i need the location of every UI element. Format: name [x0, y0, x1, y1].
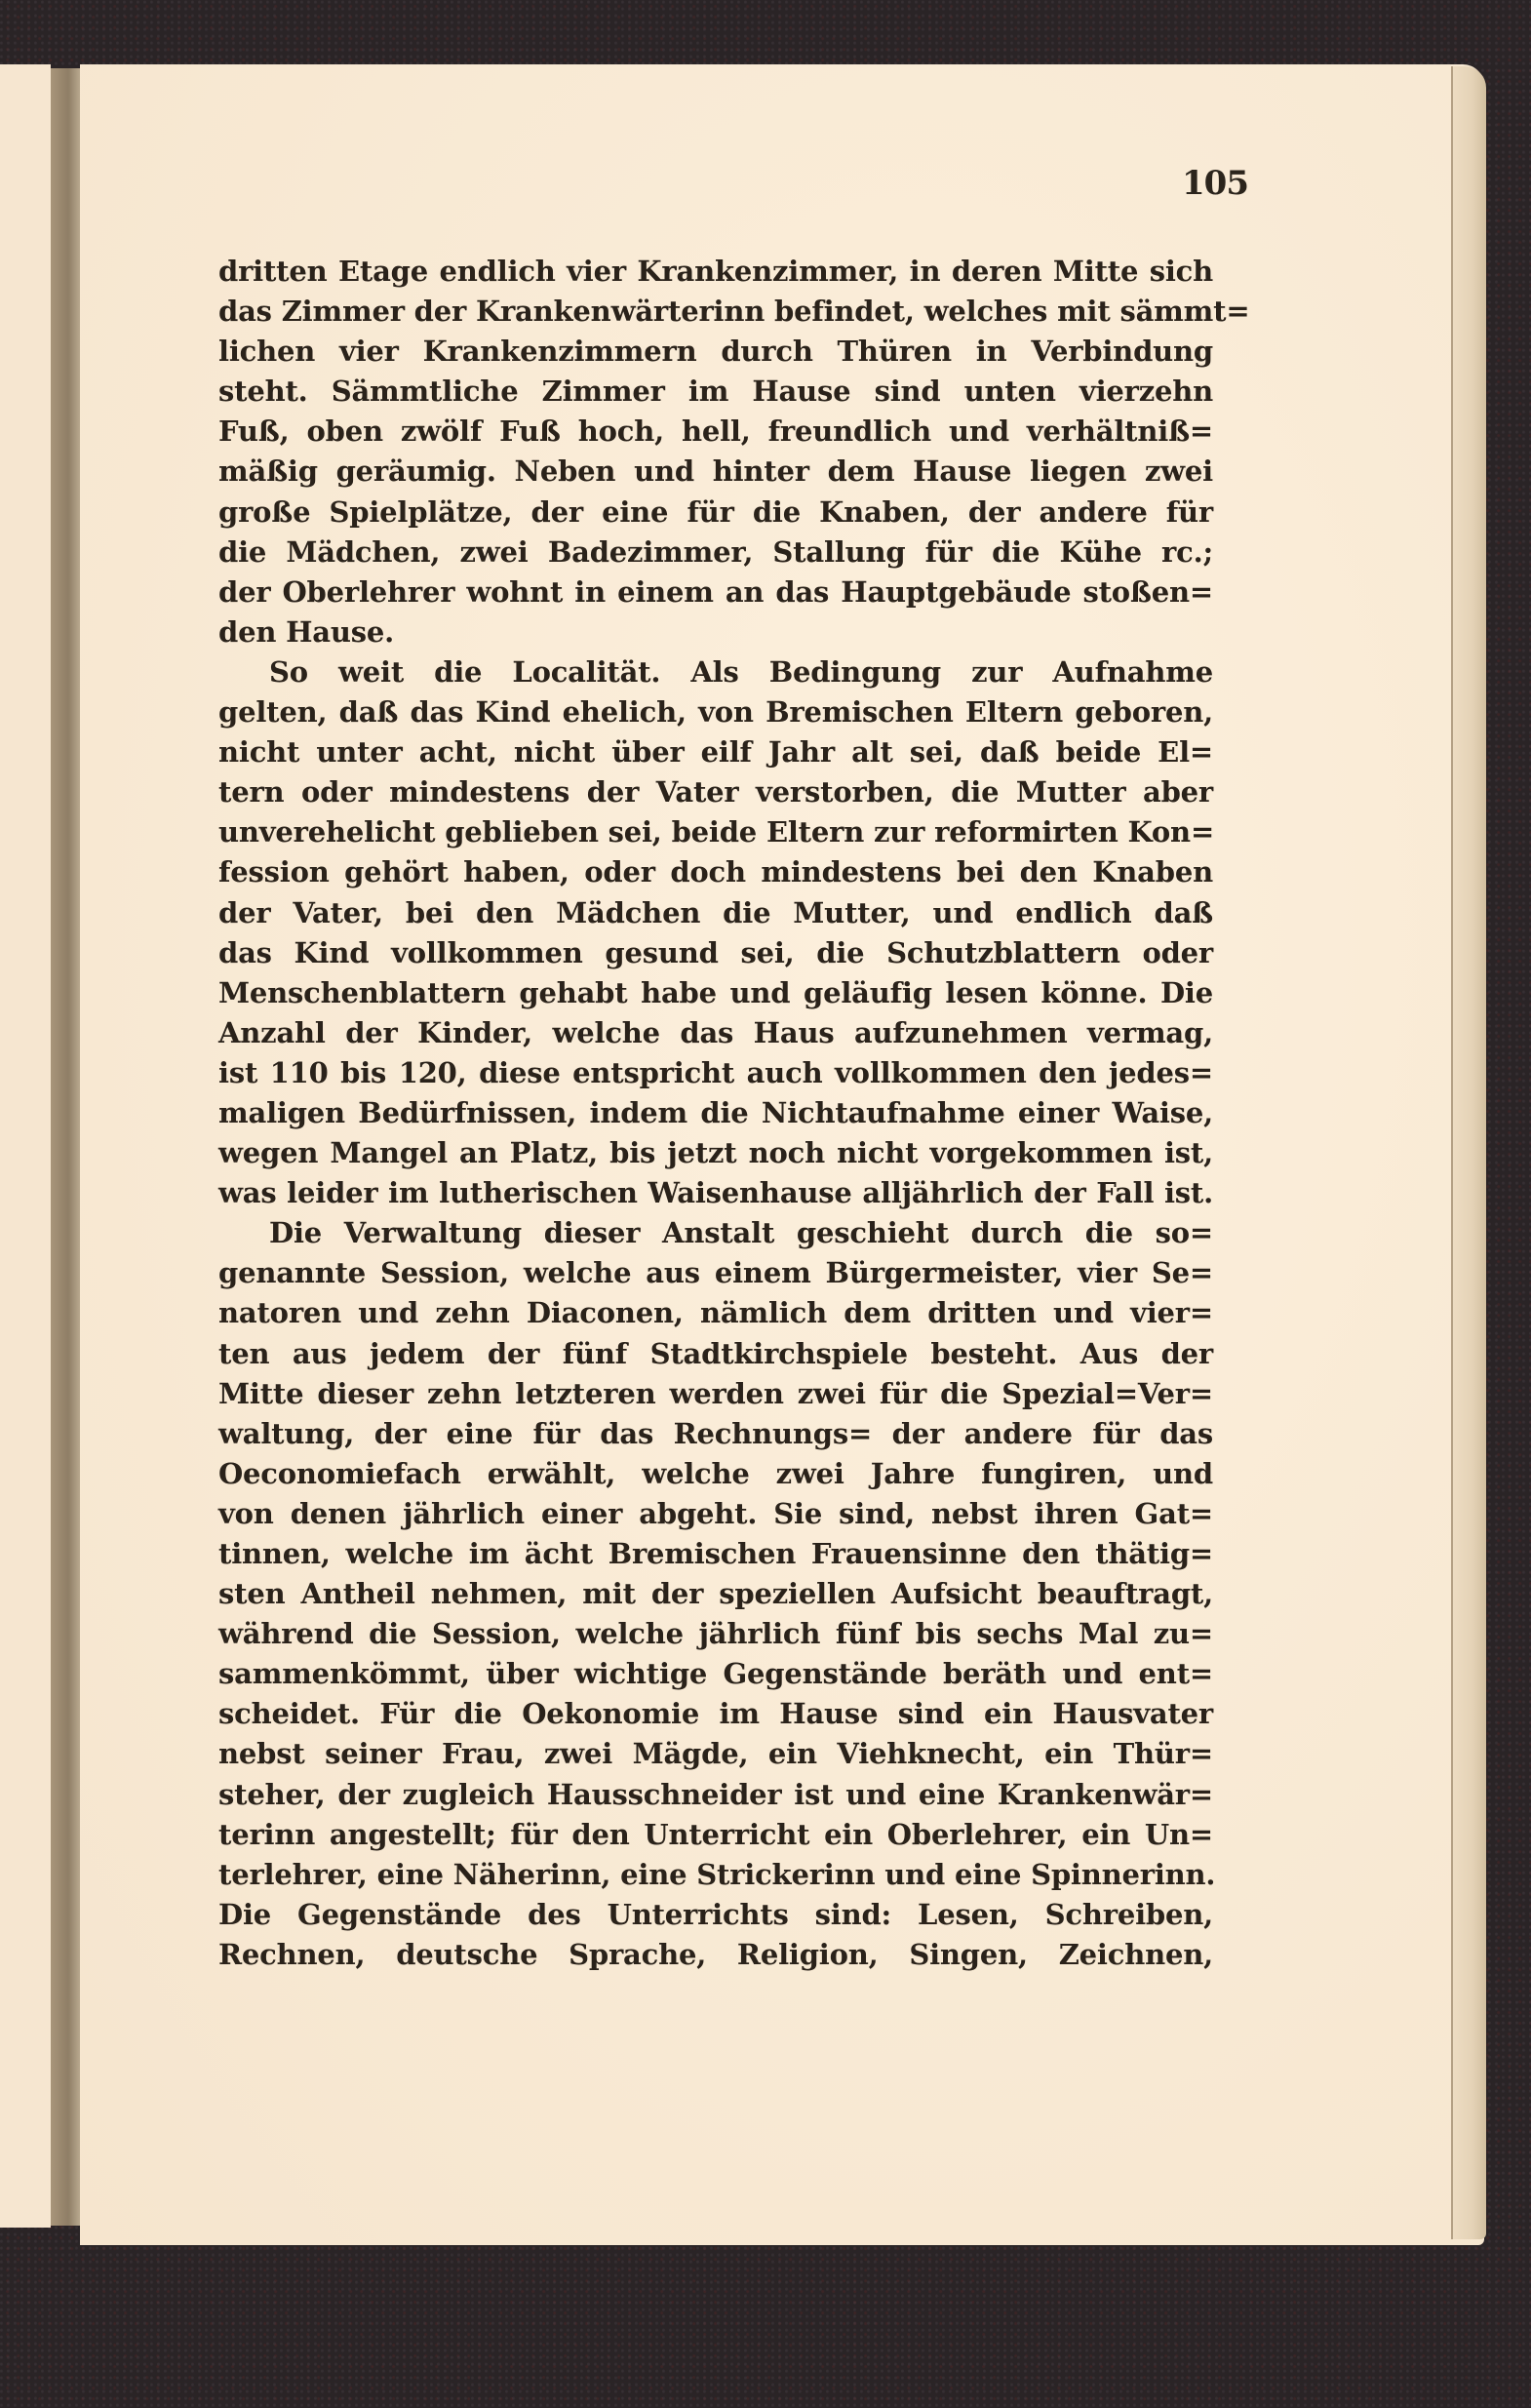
- text-line: den Hause.: [218, 612, 1213, 652]
- text-line: der Vater, bei den Mädchen die Mutter, u…: [218, 893, 1213, 933]
- text-line: Menschenblattern gehabt habe und geläufi…: [218, 973, 1213, 1013]
- text-line: lichen vier Krankenzimmern durch Thüren …: [218, 332, 1213, 372]
- text-line: So weit die Localität. Als Bedingung zur…: [218, 652, 1213, 692]
- text-line: nicht unter acht, nicht über eilf Jahr a…: [218, 732, 1213, 772]
- text-line: tinnen, welche im ächt Bremischen Frauen…: [218, 1534, 1213, 1574]
- text-line: Rechnen, deutsche Sprache, Religion, Sin…: [218, 1935, 1213, 1975]
- text-line: sammenkömmt, über wichtige Gegenstände b…: [218, 1654, 1213, 1694]
- text-line: maligen Bedürfnissen, indem die Nichtauf…: [218, 1093, 1213, 1133]
- text-line: terlehrer, eine Näherinn, eine Strickeri…: [218, 1855, 1213, 1895]
- text-line: ist 110 bis 120, diese entspricht auch v…: [218, 1053, 1213, 1093]
- text-line: was leider im lutherischen Waisenhause a…: [218, 1173, 1213, 1213]
- facing-page-edge: [0, 64, 51, 2228]
- text-line: steher, der zugleich Hausschneider ist u…: [218, 1775, 1213, 1815]
- text-line: tern oder mindestens der Vater verstorbe…: [218, 772, 1213, 812]
- page-fore-edge: [1451, 66, 1486, 2239]
- text-line: steht. Sämmtliche Zimmer im Hause sind u…: [218, 372, 1213, 412]
- text-line: die Mädchen, zwei Badezimmer, Stallung f…: [218, 533, 1213, 572]
- text-line: gelten, daß das Kind ehelich, von Bremis…: [218, 692, 1213, 732]
- text-line: während die Session, welche jährlich fün…: [218, 1614, 1213, 1654]
- text-line: sten Antheil nehmen, mit der speziellen …: [218, 1574, 1213, 1614]
- text-line: große Spielplätze, der eine für die Knab…: [218, 493, 1213, 533]
- text-line: Die Gegenstände des Unterrichts sind: Le…: [218, 1895, 1213, 1935]
- text-line: dritten Etage endlich vier Krankenzimmer…: [218, 252, 1213, 292]
- text-line: scheidet. Für die Oekonomie im Hause sin…: [218, 1694, 1213, 1734]
- text-line: Anzahl der Kinder, welche das Haus aufzu…: [218, 1013, 1213, 1053]
- text-line: von denen jährlich einer abgeht. Sie sin…: [218, 1494, 1213, 1534]
- text-line: Fuß, oben zwölf Fuß hoch, hell, freundli…: [218, 412, 1213, 452]
- text-line: der Oberlehrer wohnt in einem an das Hau…: [218, 572, 1213, 612]
- body-text: dritten Etage endlich vier Krankenzimmer…: [218, 252, 1213, 1975]
- text-line: nebst seiner Frau, zwei Mägde, ein Viehk…: [218, 1734, 1213, 1774]
- text-line: unverehelicht geblieben sei, beide Elter…: [218, 812, 1213, 852]
- text-line: das Zimmer der Krankenwärterinn befindet…: [218, 292, 1213, 332]
- text-line: fession gehört haben, oder doch mindeste…: [218, 852, 1213, 892]
- text-line: ten aus jedem der fünf Stadtkirchspiele …: [218, 1334, 1213, 1374]
- text-line: terinn angestellt; für den Unterricht ei…: [218, 1815, 1213, 1855]
- text-line: waltung, der eine für das Rechnungs= der…: [218, 1414, 1213, 1454]
- text-line: das Kind vollkommen gesund sei, die Schu…: [218, 933, 1213, 973]
- text-line: wegen Mangel an Platz, bis jetzt noch ni…: [218, 1133, 1213, 1173]
- text-line: mäßig geräumig. Neben und hinter dem Hau…: [218, 452, 1213, 492]
- text-line: Mitte dieser zehn letzteren werden zwei …: [218, 1374, 1213, 1414]
- text-line: natoren und zehn Diaconen, nämlich dem d…: [218, 1293, 1213, 1333]
- page-number: 105: [1166, 164, 1248, 203]
- text-line: genannte Session, welche aus einem Bürge…: [218, 1253, 1213, 1293]
- book-gutter: [51, 68, 80, 2226]
- text-line: Die Verwaltung dieser Anstalt geschieht …: [218, 1213, 1213, 1253]
- text-line: Oeconomiefach erwählt, welche zwei Jahre…: [218, 1454, 1213, 1494]
